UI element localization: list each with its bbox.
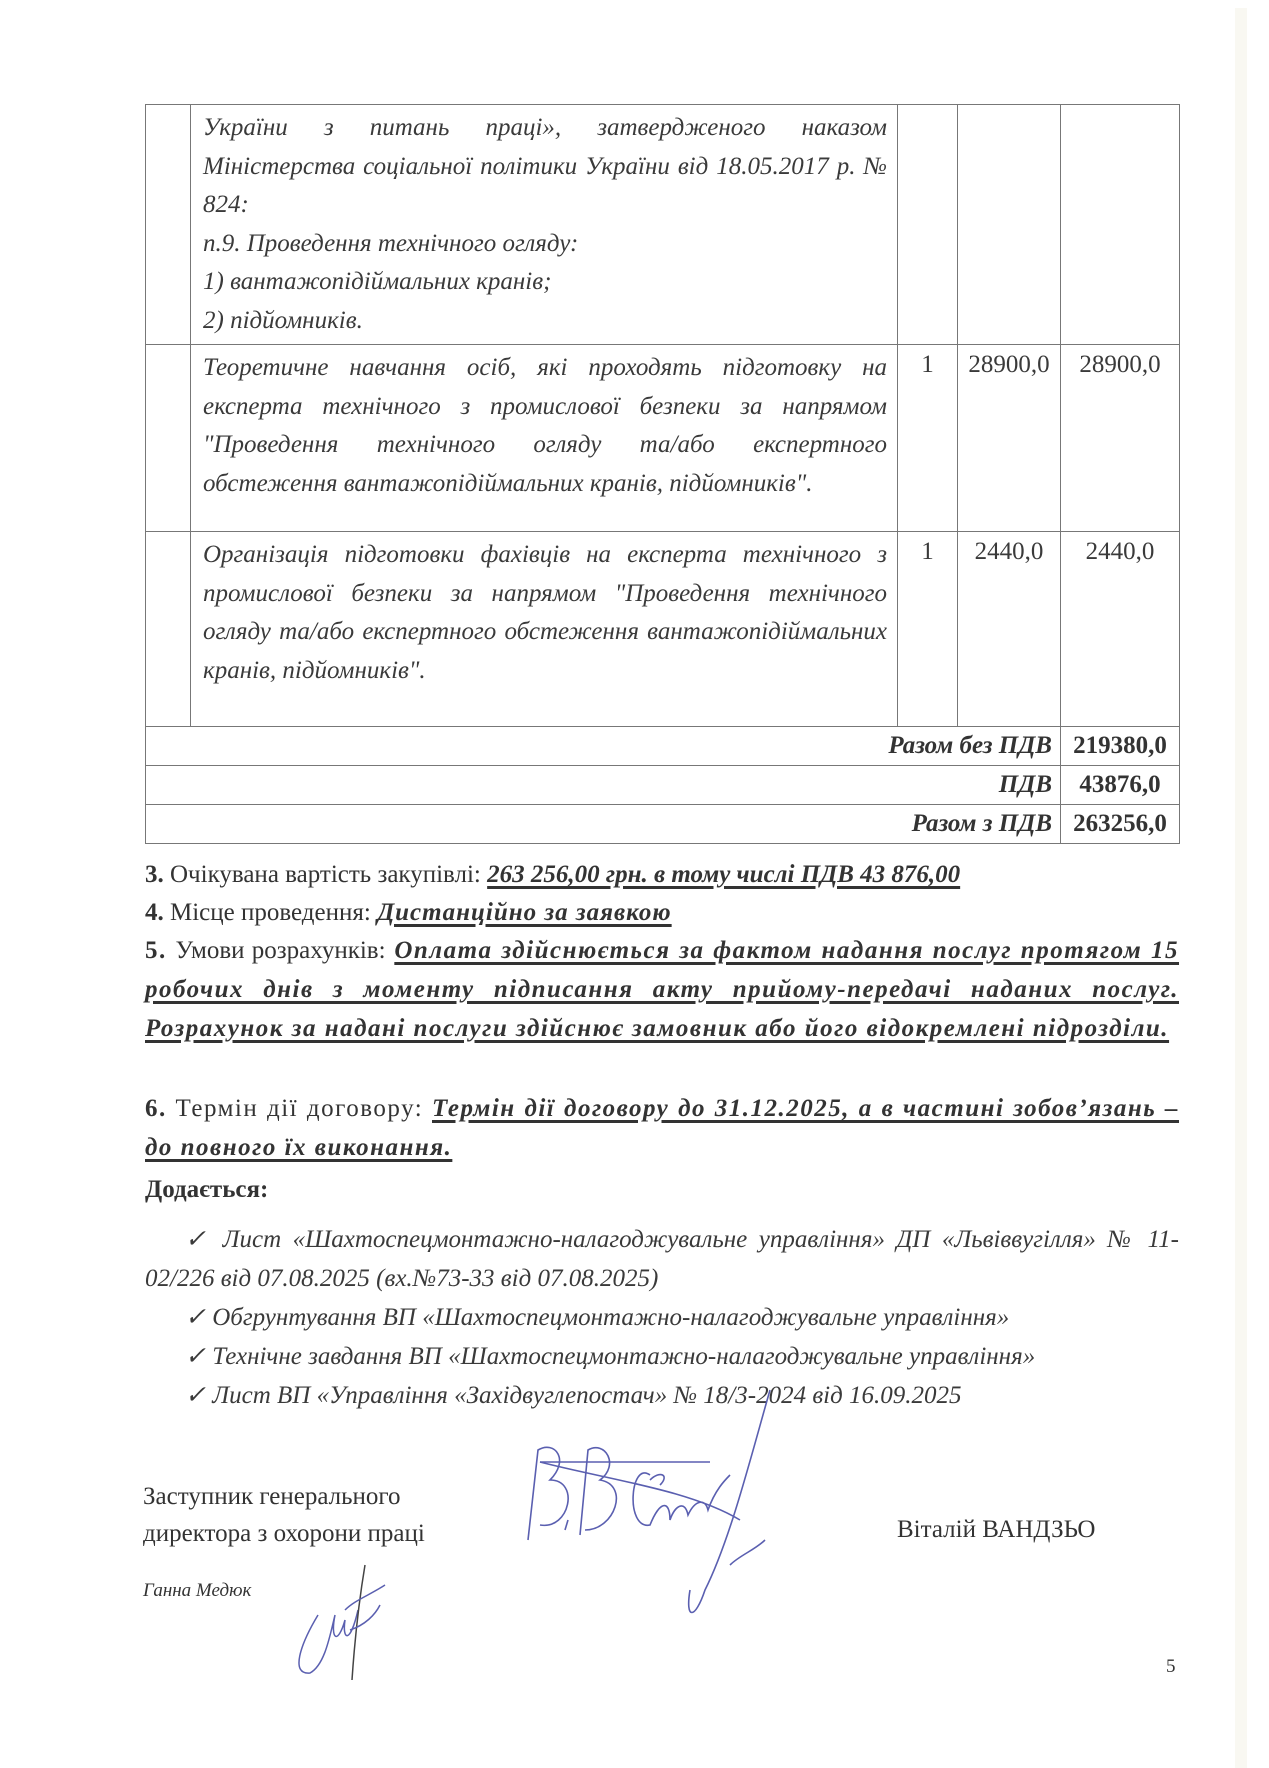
check-icon: ✓ [185,1226,211,1253]
total-value: 219380,0 [1061,727,1180,766]
author-name: Ганна Медюк [143,1580,251,1602]
table-row: Теоретичне навчання осіб, які проходять … [146,345,1180,532]
section-number: 5. [145,937,167,964]
signatory-name: Віталій ВАНДЗЬО [897,1516,1095,1544]
description-cell: Організація підготовки фахівців на експе… [191,532,898,727]
totals-row: ПДВ 43876,0 [146,766,1180,805]
section-number: 3. [145,861,164,888]
section-payment-terms: 5. Умови розрахунків: Оплата здійснюєтьс… [145,931,1179,1048]
total-label: Разом з ПДВ [146,805,1061,844]
page-number: 5 [1166,1656,1176,1678]
section-expected-cost: 3. Очікувана вартість закупівлі: 263 256… [145,855,1179,894]
total-label: Разом без ПДВ [146,727,1061,766]
price-cell: 28900,0 [958,345,1061,532]
table-row: України з питань праці», затвердженого н… [146,105,1180,345]
attachment-item: ✓ Технічне завдання ВП «Шахтоспецмонтажн… [145,1337,1219,1376]
check-icon: ✓ [185,1382,206,1409]
attachment-text: Обгрунтування ВП «Шахтоспецмонтажно-нала… [212,1304,1009,1331]
description-cell: України з питань праці», затвердженого н… [191,105,898,345]
totals-row: Разом з ПДВ 263256,0 [146,805,1180,844]
author-signature-icon [290,1555,400,1685]
price-cell: 2440,0 [958,532,1061,727]
table-row: Організація підготовки фахівців на експе… [146,532,1180,727]
price-cell [958,105,1061,345]
description-text: п.9. Проведення технічного огляду: [203,225,887,264]
qty-cell: 1 [898,532,958,727]
attachment-text: Лист «Шахтоспецмонтажно-налагоджувальне … [145,1226,1179,1292]
scan-edge [1235,8,1247,1768]
description-text: України з питань праці», затвердженого н… [203,109,887,225]
total-cell: 28900,0 [1061,345,1180,532]
signatory-role: Заступник генерального директора з охоро… [143,1478,425,1552]
qty-cell: 1 [898,345,958,532]
description-text: 2) підйомників. [203,302,887,341]
attachment-text: Технічне завдання ВП «Шахтоспецмонтажно-… [212,1343,1035,1370]
signature-mark-icon [510,1380,850,1640]
section-number: 6. [145,1095,167,1122]
section-location: 4. Місце проведення: Дистанційно за заяв… [145,893,1179,932]
section-label: Термін дії договору: [176,1095,424,1122]
role-line: директора з охорони праці [143,1515,425,1552]
total-cell [1061,105,1180,345]
total-label: ПДВ [146,766,1061,805]
index-cell [146,105,191,345]
total-value: 43876,0 [1061,766,1180,805]
check-icon: ✓ [185,1343,206,1370]
role-line: Заступник генерального [143,1478,425,1515]
total-value: 263256,0 [1061,805,1180,844]
section-value: Дистанційно за заявкою [377,899,672,926]
check-icon: ✓ [185,1304,206,1331]
section-label: Очікувана вартість закупівлі: [170,861,481,888]
section-number: 4. [145,899,164,926]
section-value: 263 256,00 грн. в тому числі ПДВ 43 876,… [487,861,960,888]
totals-row: Разом без ПДВ 219380,0 [146,727,1180,766]
section-label: Місце проведення: [170,899,371,926]
attachment-item: ✓ Обгрунтування ВП «Шахтоспецмонтажно-на… [145,1298,1219,1337]
attachment-item: ✓ Лист «Шахтоспецмонтажно-налагоджувальн… [145,1220,1179,1298]
section-contract-term: 6. Термін дії договору: Термін дії догов… [145,1089,1179,1167]
index-cell [146,532,191,727]
total-cell: 2440,0 [1061,532,1180,727]
index-cell [146,345,191,532]
qty-cell [898,105,958,345]
description-cell: Теоретичне навчання осіб, які проходять … [191,345,898,532]
section-label: Умови розрахунків: [176,937,386,964]
attachments-title: Додається: [145,1176,268,1204]
cost-table: України з питань праці», затвердженого н… [145,104,1180,844]
description-text: 1) вантажопідіймальних кранів; [203,263,887,302]
